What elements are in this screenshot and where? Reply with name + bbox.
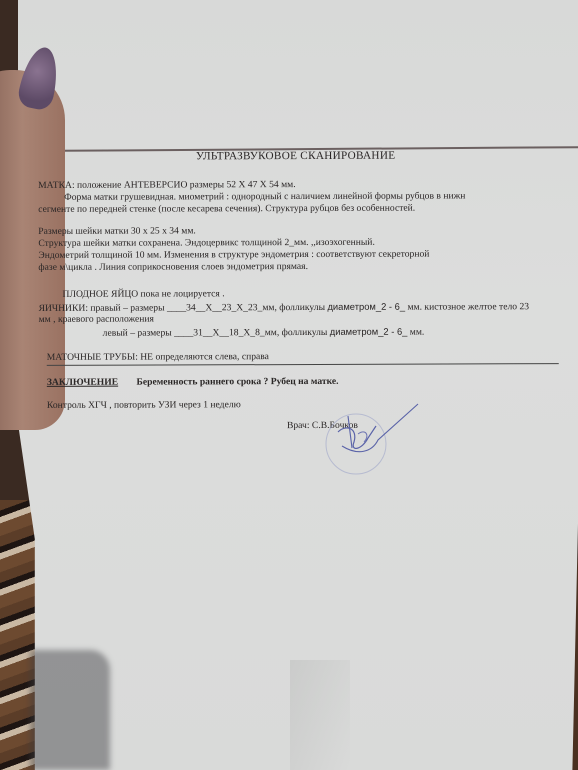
conclusion-line: ЗАКЛЮЧЕНИЕ Беременность раннего срока ? … [47,376,339,389]
cervix-line-1: Размеры шейки матки 30 х 25 х 34 мм. [38,225,196,238]
ovary-left-size: левый – размеры ____31__Х__18_Х_8_мм, фо… [103,327,328,339]
ovary-right-diameter: диаметром_2 - 6_ [327,301,405,312]
ovary-left-note: мм. [410,327,425,338]
ovum-line: ПЛОДНОЕ ЯЙЦО пока не лоцируется . [62,288,224,301]
report-title: УЛЬТРАЗВУКОВОЕ СКАНИРОВАНИЕ [196,150,395,163]
endometrium-line-2: фазе м\цикла . Линия соприкосновения сло… [38,261,308,274]
signature-stamp-icon [318,402,438,482]
uterus-line-3: сегменте по передней стенке (после кесар… [38,203,415,217]
conclusion-label: ЗАКЛЮЧЕНИЕ [47,377,118,388]
conclusion-text: Беременность раннего срока ? Рубец на ма… [137,376,339,388]
recommendation-line: Контроль ХГЧ , повторить УЗИ через 1 нед… [47,399,241,412]
ovary-left-line: левый – размеры ____31__Х__18_Х_8_мм, фо… [103,326,425,341]
ovary-right-size: ЯИЧНИКИ: правый – размеры ____34__Х__23_… [39,302,326,314]
paper-fold-shadow [290,660,350,770]
tubes-line: МАТОЧНЫЕ ТРУБЫ: НЕ определяются слева, с… [47,351,269,364]
ovary-right-note: мм. кистозное желтое тело 23 [407,301,529,312]
hand-shadow [30,650,110,770]
ovary-right-line-2: мм , краевого расположения [39,314,154,327]
ovary-left-diameter: диаметром_2 - 6_ [330,326,408,337]
